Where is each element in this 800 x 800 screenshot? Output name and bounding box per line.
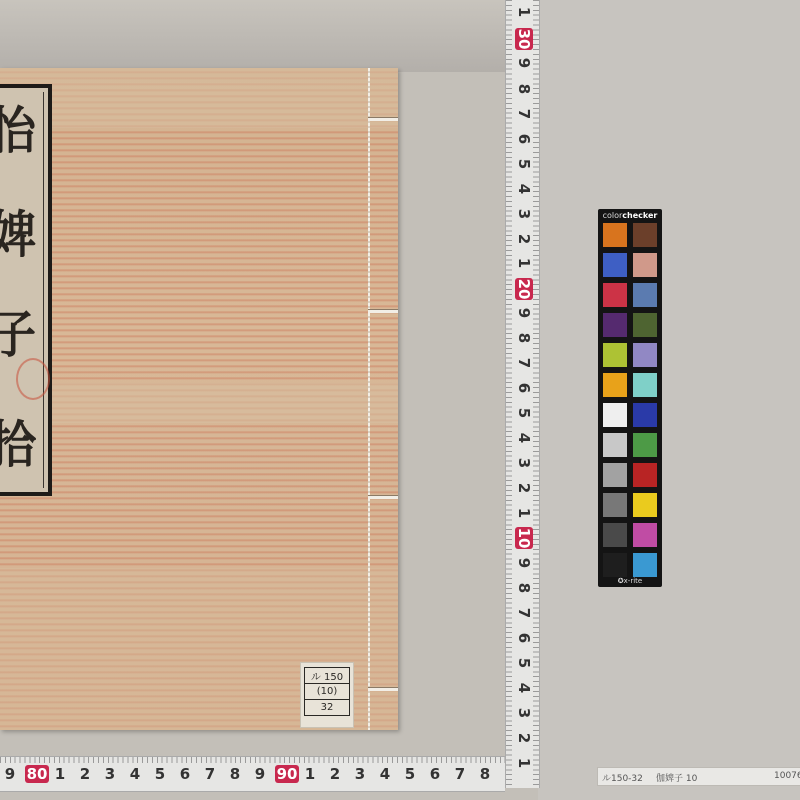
- ruler-label: 8: [225, 765, 245, 783]
- xrite-logo: ✪x-rite: [598, 577, 662, 585]
- ruler-label: 9: [250, 765, 270, 783]
- color-swatch: [633, 553, 657, 577]
- ruler-label: 8: [515, 79, 533, 99]
- ruler-label: 90: [275, 765, 299, 783]
- ruler-label: 7: [515, 603, 533, 623]
- ruler-label: 4: [515, 179, 533, 199]
- ruler-label: 3: [350, 765, 370, 783]
- horizontal-ruler: 9801234567899012345678: [0, 756, 505, 792]
- color-swatch: [633, 463, 657, 487]
- color-swatch: [603, 403, 627, 427]
- binding-thread: [368, 68, 370, 730]
- ruler-label: 4: [515, 428, 533, 448]
- backdrop-top: [0, 0, 505, 72]
- color-swatch: [603, 223, 627, 247]
- ruler-label: 9: [0, 765, 20, 783]
- title-slip: 怡 婢 子 拾: [0, 84, 52, 496]
- ruler-label: 7: [450, 765, 470, 783]
- book-cover: [0, 68, 398, 730]
- color-swatch: [603, 373, 627, 397]
- ruler-label: 9: [515, 53, 533, 73]
- ruler-label: 3: [100, 765, 120, 783]
- ruler-label: 5: [400, 765, 420, 783]
- ruler-label: 1: [515, 2, 533, 22]
- colorchecker-brand: colorchecker: [598, 211, 662, 220]
- color-swatch: [633, 523, 657, 547]
- colorchecker-card: colorchecker ✪x-rite: [598, 209, 662, 587]
- color-swatch: [633, 433, 657, 457]
- ruler-label: 8: [515, 578, 533, 598]
- ruler-label: 20: [515, 278, 533, 300]
- ruler-label: 2: [75, 765, 95, 783]
- ruler-label: 8: [515, 328, 533, 348]
- color-swatch: [633, 403, 657, 427]
- color-swatch: [603, 313, 627, 337]
- caption-title: 伽婢子 10: [656, 771, 697, 784]
- shelf-label-row: 32: [305, 700, 350, 716]
- caption-strip: ル150-32 伽婢子 10 100767: [597, 767, 800, 786]
- ruler-label: 6: [515, 129, 533, 149]
- ruler-label: 9: [515, 303, 533, 323]
- color-swatch: [633, 373, 657, 397]
- ruler-label: 1: [515, 753, 533, 773]
- color-swatch: [603, 493, 627, 517]
- ruler-label: 8: [475, 765, 495, 783]
- ruler-label: 5: [515, 154, 533, 174]
- ruler-label: 2: [515, 229, 533, 249]
- color-swatch: [633, 223, 657, 247]
- ruler-label: 1: [515, 253, 533, 273]
- ruler-label: 6: [515, 378, 533, 398]
- ruler-label: 7: [515, 104, 533, 124]
- color-swatch: [603, 343, 627, 367]
- color-swatch: [603, 523, 627, 547]
- color-swatch: [603, 253, 627, 277]
- ruler-label: 1: [300, 765, 320, 783]
- color-swatch: [633, 253, 657, 277]
- call-number: ル150-32: [602, 771, 643, 784]
- title-glyph: 怡: [0, 91, 36, 164]
- shelf-label: ル 150 (10) 32: [300, 662, 354, 728]
- vertical-ruler: 1309876543212098765432110987654321: [505, 0, 540, 788]
- color-swatch: [633, 343, 657, 367]
- ruler-label: 5: [515, 653, 533, 673]
- color-swatch: [603, 553, 627, 577]
- title-glyph: 婢: [0, 195, 36, 268]
- ruler-label: 4: [125, 765, 145, 783]
- ruler-label: 6: [175, 765, 195, 783]
- ruler-label: 10: [515, 527, 533, 549]
- ruler-label: 9: [515, 553, 533, 573]
- color-swatch: [633, 313, 657, 337]
- ruler-label: 1: [50, 765, 70, 783]
- ruler-label: 4: [515, 678, 533, 698]
- ruler-label: 6: [425, 765, 445, 783]
- ruler-label: 7: [515, 353, 533, 373]
- binding-stitch: [368, 117, 398, 121]
- color-swatch: [633, 283, 657, 307]
- ruler-label: 7: [200, 765, 220, 783]
- color-swatch: [633, 493, 657, 517]
- ruler-label: 6: [515, 628, 533, 648]
- seal-stamp: [16, 358, 50, 400]
- ruler-label: 80: [25, 765, 49, 783]
- color-swatch: [603, 433, 627, 457]
- backdrop-right: [538, 0, 800, 800]
- ruler-label: 2: [515, 728, 533, 748]
- ruler-label: 2: [325, 765, 345, 783]
- title-glyph: 子: [0, 295, 36, 368]
- ruler-label: 4: [375, 765, 395, 783]
- ruler-label: 1: [515, 503, 533, 523]
- shelf-label-row: ル 150: [305, 668, 350, 684]
- ruler-label: 3: [515, 703, 533, 723]
- binding-stitch: [368, 687, 398, 691]
- ruler-label: 5: [515, 403, 533, 423]
- color-swatch: [603, 463, 627, 487]
- color-swatch: [603, 283, 627, 307]
- caption-id: 100767: [774, 771, 800, 781]
- binding-stitch: [368, 309, 398, 313]
- ruler-label: 3: [515, 204, 533, 224]
- ruler-label: 30: [515, 28, 533, 50]
- shelf-label-row: (10): [305, 684, 350, 700]
- title-glyph: 拾: [0, 405, 36, 478]
- ruler-label: 5: [150, 765, 170, 783]
- ruler-label: 2: [515, 478, 533, 498]
- binding-stitch: [368, 495, 398, 499]
- ruler-label: 3: [515, 453, 533, 473]
